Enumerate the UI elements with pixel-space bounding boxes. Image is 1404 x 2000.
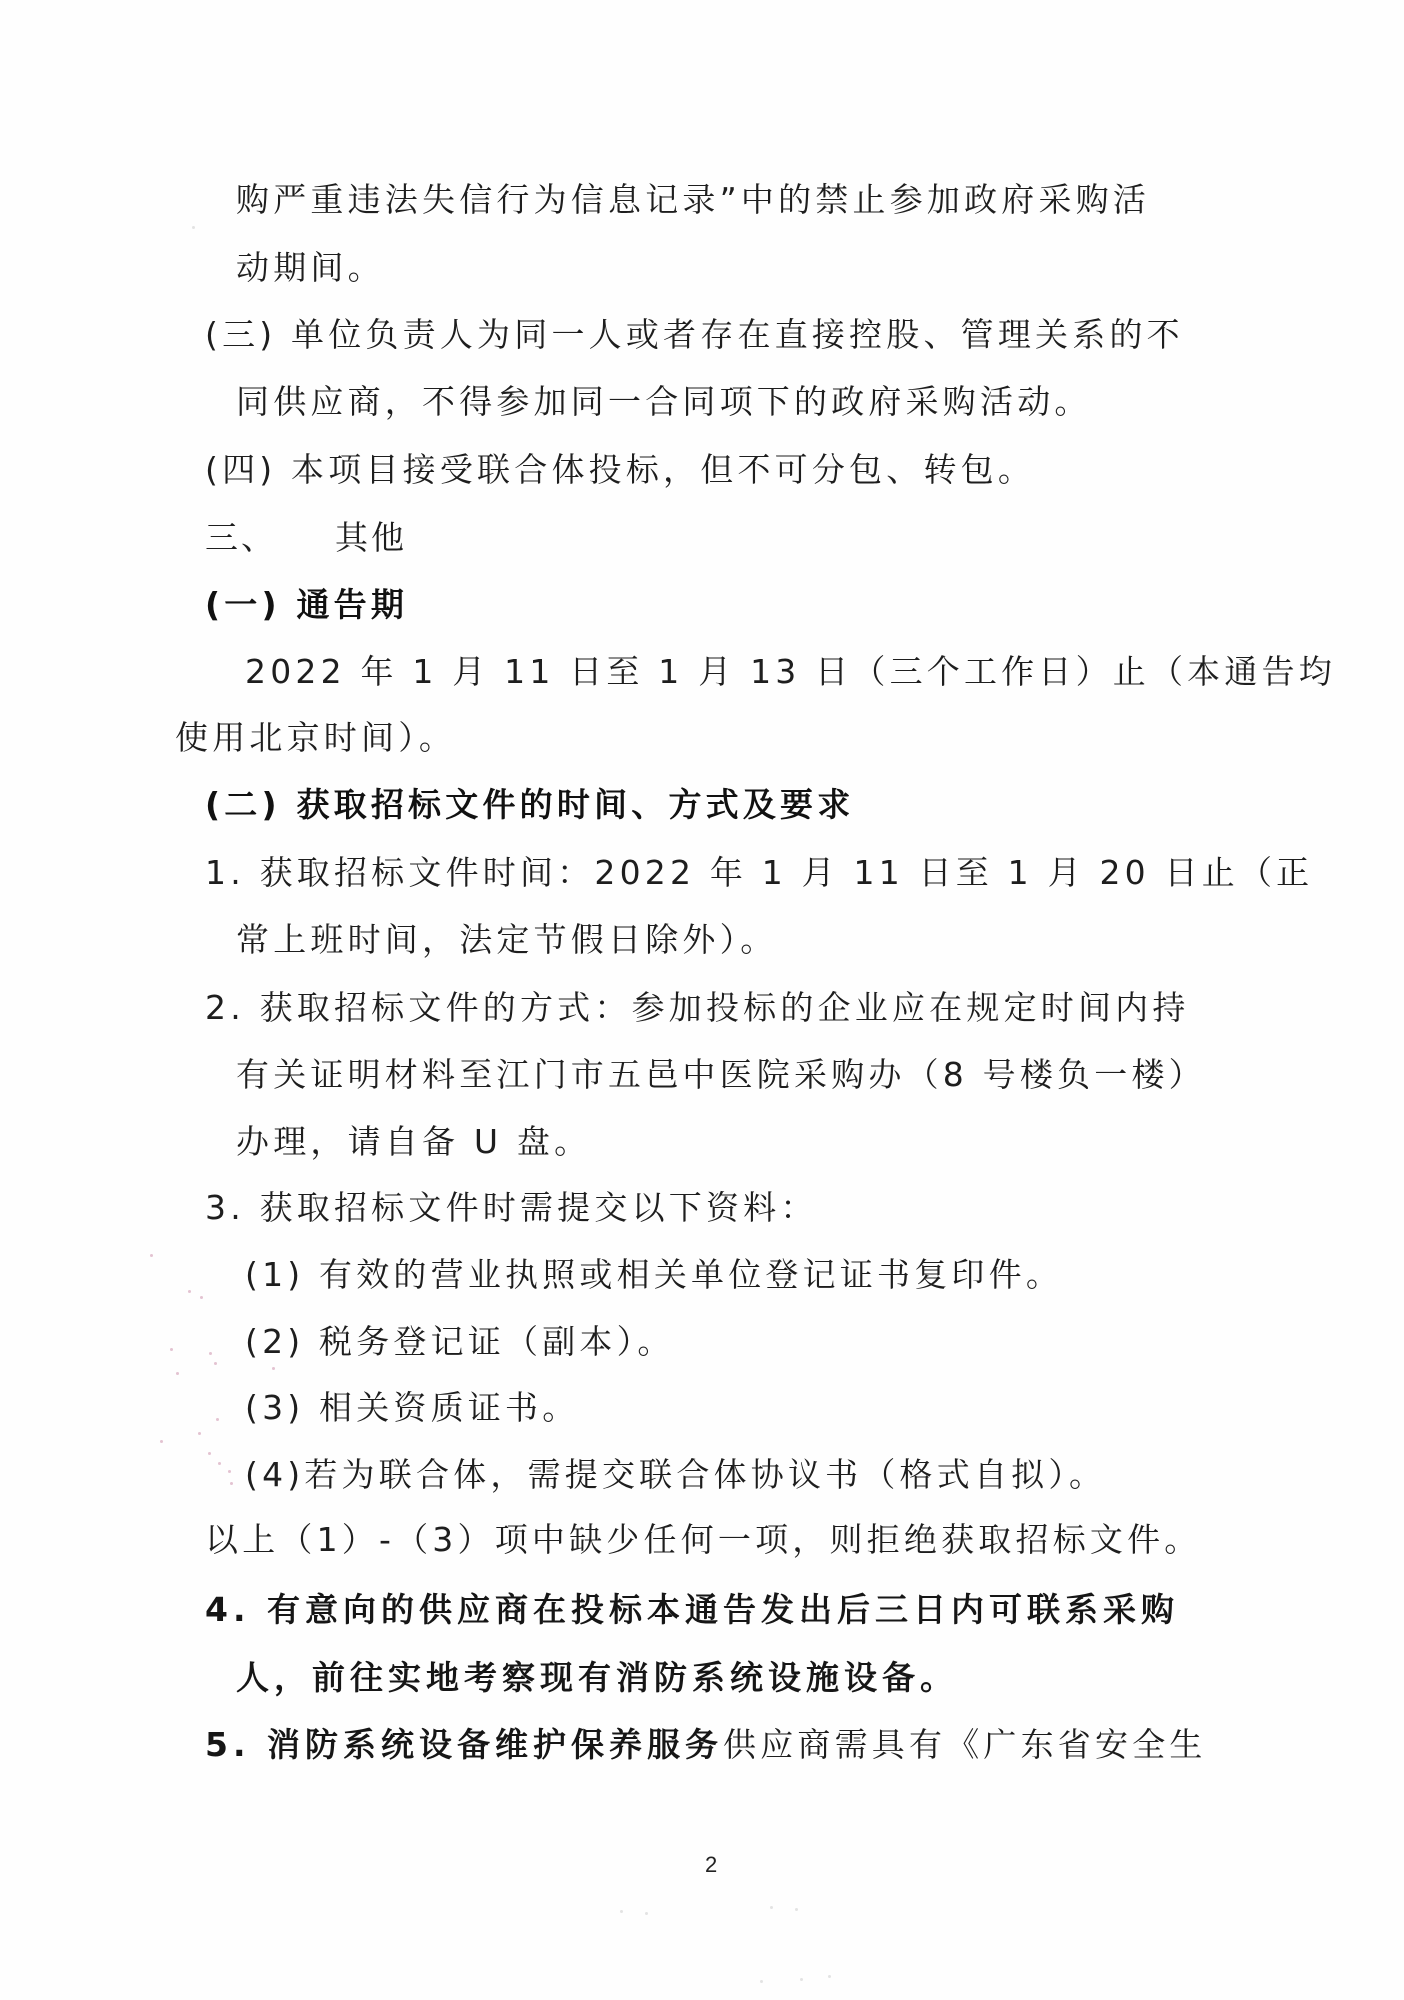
list-item-2: 2. 获取招标文件的方式：参加投标的企业应在规定时间内持	[205, 986, 1190, 1030]
text-line: 动期间。	[236, 246, 385, 290]
section-title: 其他	[335, 518, 407, 557]
text-line: 同供应商，不得参加同一合同项下的政府采购活动。	[236, 380, 1092, 424]
text-line: 使用北京时间）。	[175, 716, 456, 760]
text-line: 有关证明材料至江门市五邑中医院采购办（8 号楼负一楼）	[236, 1053, 1206, 1097]
subsection-heading-notice-period: (一) 通告期	[205, 583, 408, 627]
emphasis-text: 5. 消防系统设备维护保养服务	[205, 1725, 723, 1764]
sub-item-3: (3) 相关资质证书。	[245, 1386, 579, 1430]
text-line: 以上（1）-（3）项中缺少任何一项，则拒绝获取招标文件。	[205, 1518, 1202, 1562]
list-item-3: 3. 获取招标文件时需提交以下资料：	[205, 1186, 818, 1230]
list-item-3: (三) 单位负责人为同一人或者存在直接控股、管理关系的不	[205, 313, 1184, 357]
text-line: 办理，请自备 U 盘。	[236, 1120, 591, 1164]
text-line: 人，前往实地考察现有消防系统设施设备。	[236, 1656, 958, 1700]
sub-item-1: (1) 有效的营业执照或相关单位登记证书复印件。	[245, 1253, 1063, 1297]
list-item-4: 4. 有意向的供应商在投标本通告发出后三日内可联系采购	[205, 1588, 1179, 1632]
text-line: 常上班时间，法定节假日除外）。	[236, 918, 778, 962]
list-item-1: 1. 获取招标文件时间：2022 年 1 月 11 日至 1 月 20 日止（正	[205, 851, 1313, 895]
sub-item-4: (4)若为联合体，需提交联合体协议书（格式自拟）。	[245, 1453, 1106, 1497]
document-page: 购严重违法失信行为信息记录”中的禁止参加政府采购活 动期间。 (三) 单位负责人…	[0, 0, 1404, 2000]
text-span: 供应商需具有《广东省安全生	[723, 1725, 1207, 1764]
subsection-heading-tender-docs: (二) 获取招标文件的时间、方式及要求	[205, 783, 854, 827]
sub-item-2: (2) 税务登记证（副本）。	[245, 1320, 675, 1364]
section-number: 三、	[205, 518, 277, 557]
list-item-4: (四) 本项目接受联合体投标，但不可分包、转包。	[205, 448, 1035, 492]
text-line: 2022 年 1 月 11 日至 1 月 13 日（三个工作日）止（本通告均	[245, 650, 1336, 694]
text-line: 购严重违法失信行为信息记录”中的禁止参加政府采购活	[236, 178, 1150, 222]
page-number: 2	[705, 1852, 717, 1878]
list-item-5: 5. 消防系统设备维护保养服务供应商需具有《广东省安全生	[205, 1723, 1207, 1767]
section-heading-3: 三、其他	[205, 516, 407, 560]
